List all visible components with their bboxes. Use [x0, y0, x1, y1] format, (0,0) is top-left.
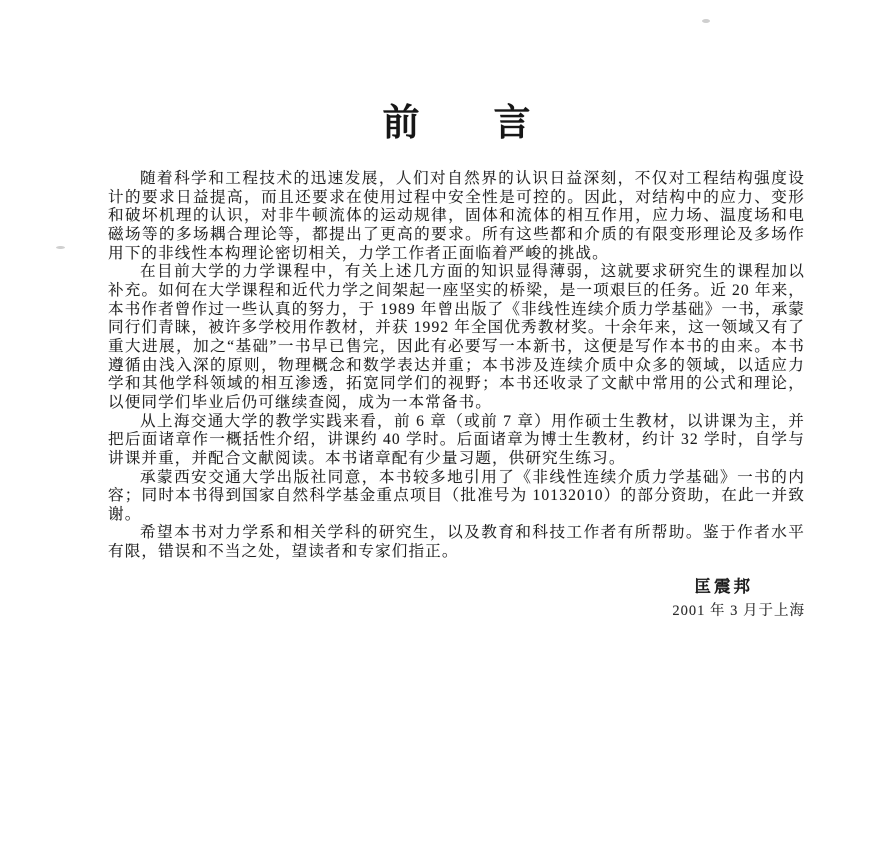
- scan-speck: [702, 19, 710, 23]
- signature-block: 匡震邦 2001 年 3 月于上海: [108, 573, 805, 620]
- author-name: 匡震邦: [108, 573, 805, 597]
- scan-speck: [56, 246, 65, 249]
- paragraph-4: 承蒙西安交通大学出版社同意，本书较多地引用了《非线性连续介质力学基础》一书的内容…: [108, 469, 805, 525]
- paragraph-1: 随着科学和工程技术的迅速发展，人们对自然界的认识日益深刻，不仅对工程结构强度设计…: [108, 170, 805, 263]
- paragraph-2: 在目前大学的力学课程中，有关上述几方面的知识显得薄弱，这就要求研究生的课程加以补…: [108, 263, 805, 412]
- paragraph-3: 从上海交通大学的教学实践来看，前 6 章（或前 7 章）用作硕士生教材，以讲课为…: [108, 413, 805, 469]
- page-title: 前 言: [108, 101, 805, 147]
- paragraph-5: 希望本书对力学系和相关学科的研究生，以及教育和科技工作者有所帮助。鉴于作者水平有…: [108, 524, 805, 561]
- preface-body: 随着科学和工程技术的迅速发展，人们对自然界的认识日益深刻，不仅对工程结构强度设计…: [108, 170, 805, 562]
- scanned-book-page: 前 言 随着科学和工程技术的迅速发展，人们对自然界的认识日益深刻，不仅对工程结构…: [0, 0, 870, 842]
- signature-date: 2001 年 3 月于上海: [108, 599, 805, 620]
